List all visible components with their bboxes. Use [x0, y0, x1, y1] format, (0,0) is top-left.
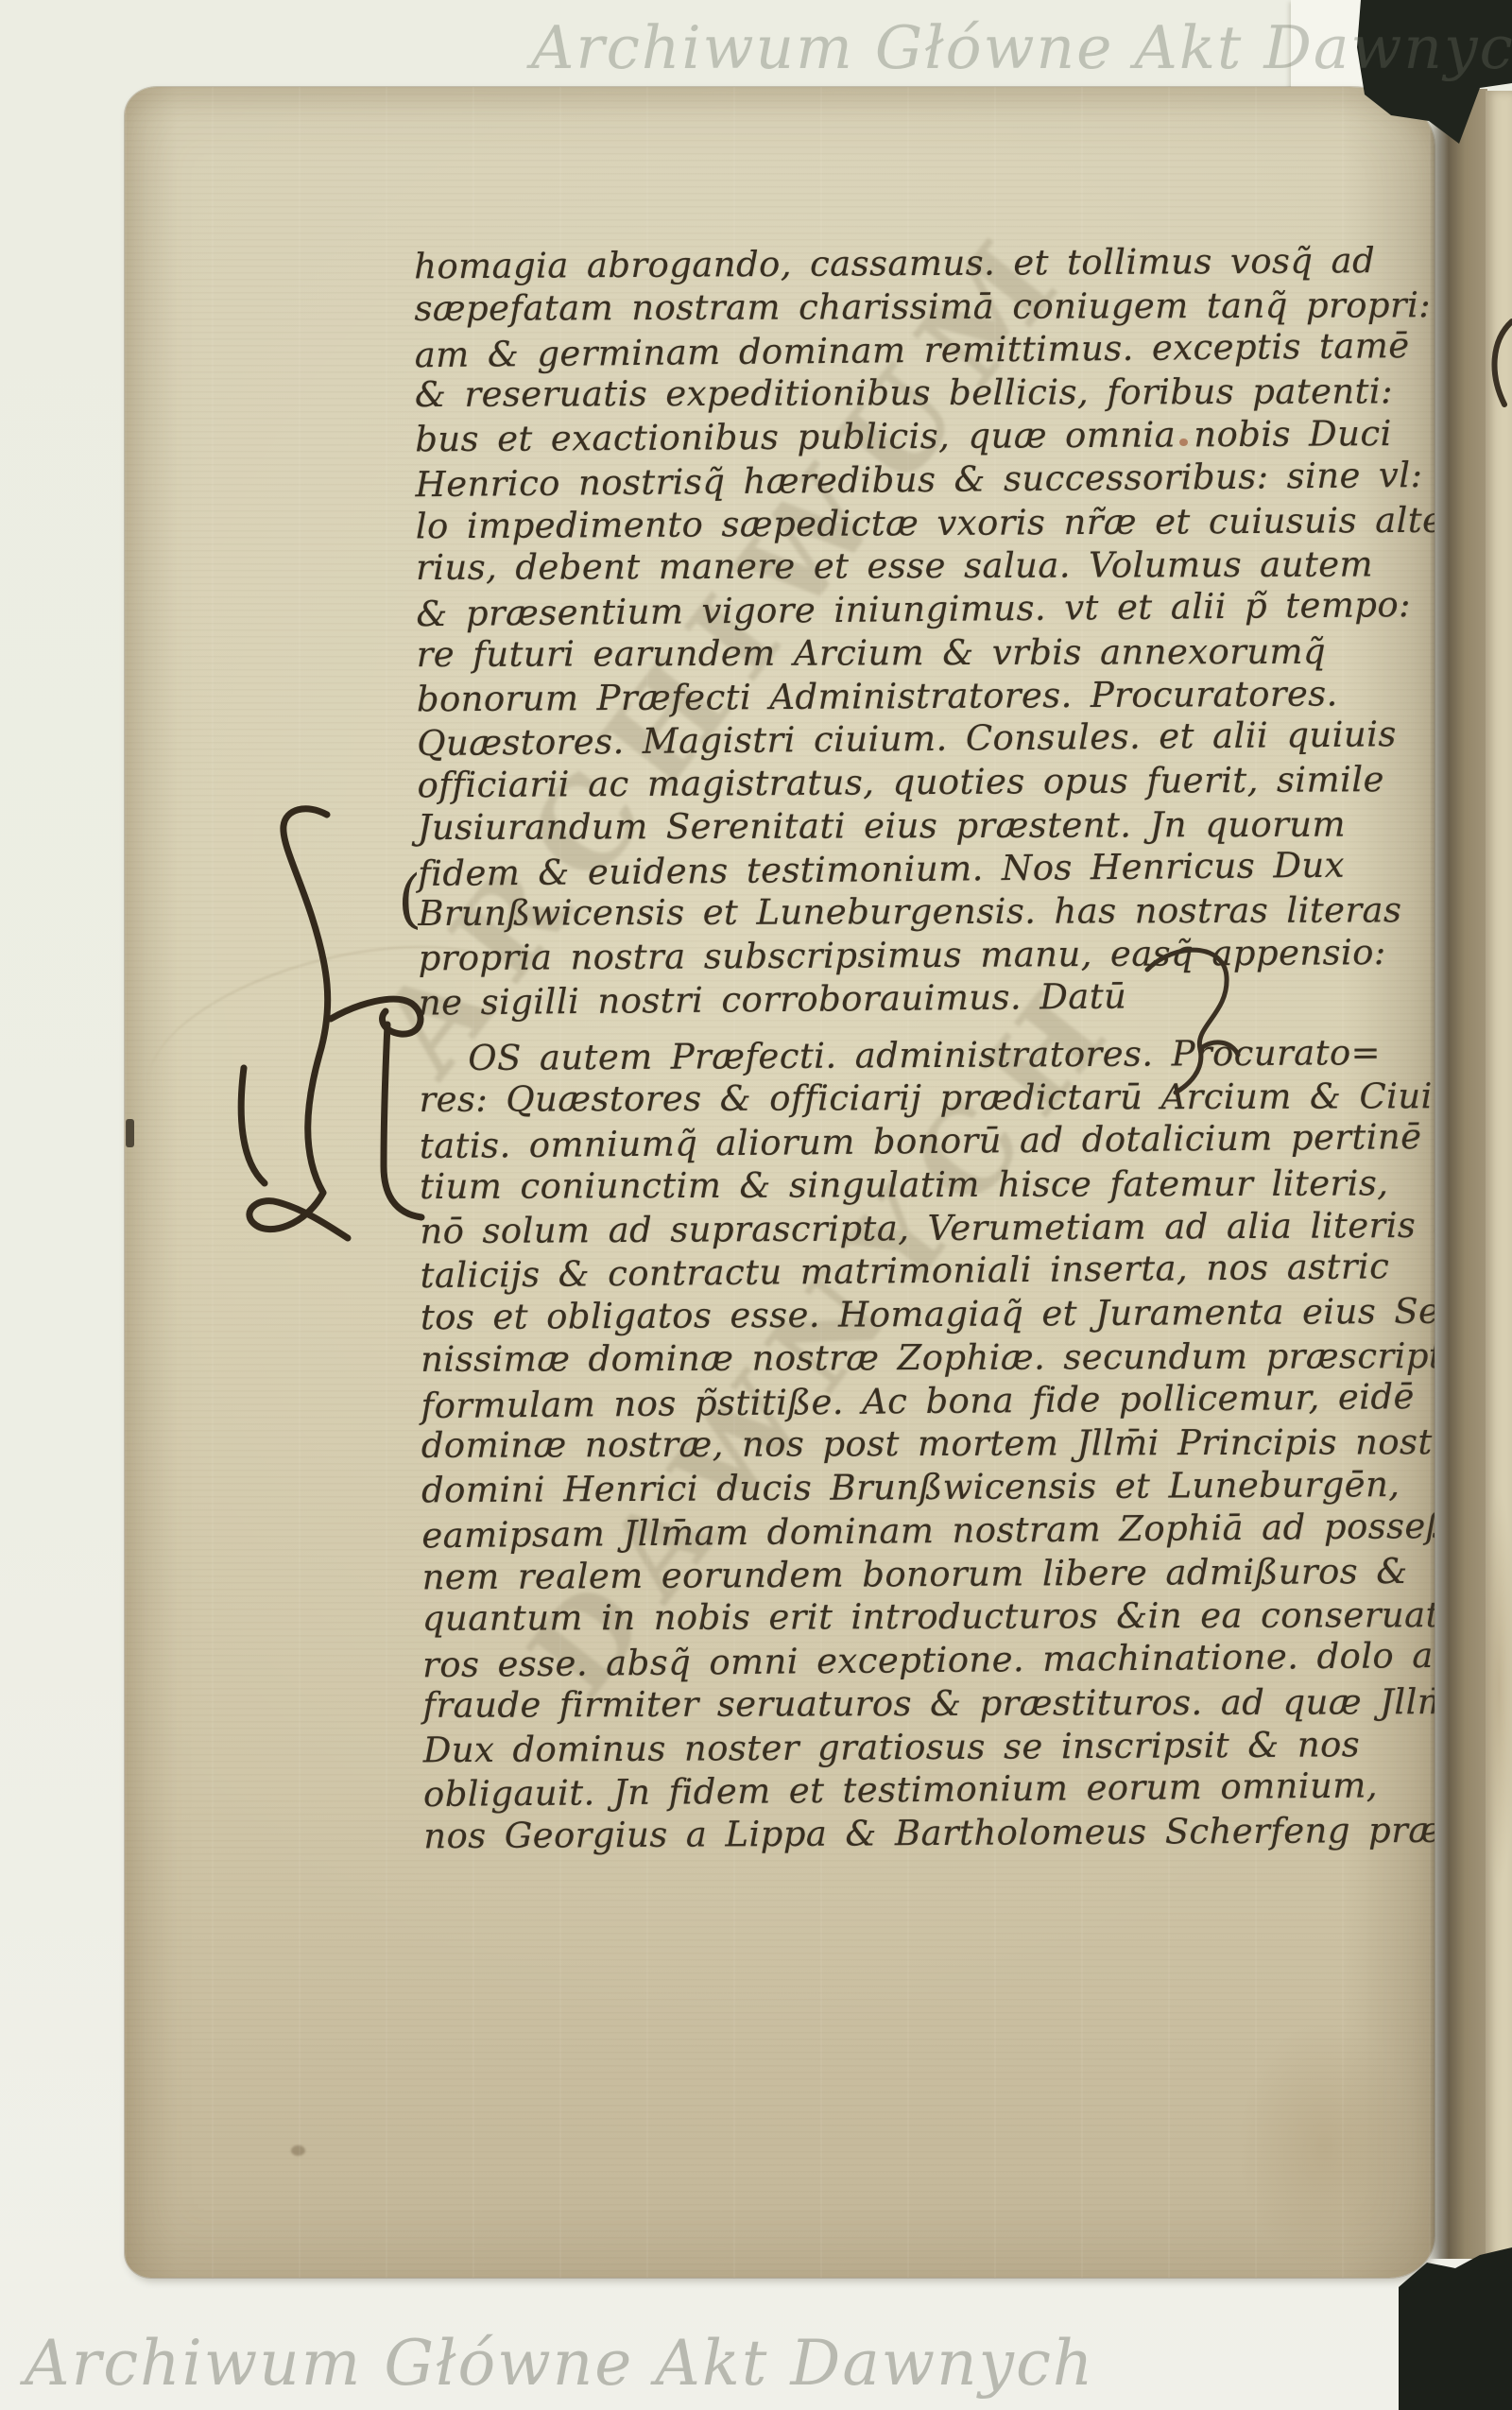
- next-page-edge: [1486, 91, 1512, 2259]
- manuscript-line: & reseruatis expeditionibus bellicis, fo…: [415, 370, 1393, 417]
- manuscript-line: quantum in nobis erit introducturos &in …: [422, 1593, 1435, 1641]
- archive-watermark-bottom: Archiwum Główne Akt Dawnych: [25, 2327, 1094, 2400]
- manuscript-line: tatis. omniumq̃ aliorum bonorū ad dotali…: [420, 1115, 1422, 1168]
- manuscript-line: talicijs & contractu matrimoniali insert…: [420, 1245, 1389, 1298]
- manuscript-line: nissimæ dominæ nostræ Zophiæ. secundum p…: [421, 1334, 1435, 1382]
- manuscript-line: obligauit. Jn fidem et testimonium eorum…: [423, 1764, 1378, 1816]
- manuscript-line: tos et obligatos esse. Homagiaq̃ et Jura…: [421, 1289, 1435, 1339]
- edge-ink-mark: [126, 1119, 134, 1147]
- manuscript-page: ARCHIWUM DAWNYCH (: [125, 87, 1435, 2278]
- manuscript-line: dominæ nostræ, nos post mortem Jllm̄i Pr…: [421, 1420, 1435, 1468]
- manuscript-line: domini Henrici ducis Brunßwicensis et Lu…: [421, 1463, 1400, 1512]
- ink-spot: [291, 2145, 305, 2156]
- manuscript-line: ros esse. absq̃ omni exceptione. machina…: [422, 1634, 1435, 1687]
- manuscript-line: formulam nos p̃stitiße. Ac bona fide pol…: [421, 1375, 1415, 1428]
- next-page-ink-flourish: [1480, 316, 1512, 414]
- manuscript-line: am & germinam dominam remittimus. except…: [415, 324, 1410, 377]
- manuscript-line: rius, debent manere et esse salua. Volum…: [416, 542, 1373, 590]
- manuscript-line: homagia abrogando, cassamus. et tollimus…: [414, 239, 1375, 288]
- manuscript-line: lo impedimento sæpedictæ vxoris nr̃æ et …: [416, 499, 1435, 549]
- book-gutter-shadow: [1429, 89, 1487, 2259]
- manuscript-line: fidem & euidens testimonium. Nos Henricu…: [418, 844, 1345, 896]
- water-stain: [1202, 1968, 1435, 2278]
- manuscript-line: sæpefatam nostram charissimā coniugem ta…: [414, 284, 1431, 331]
- manuscript-line: Henrico nostrisq̃ hæredibus & successori…: [415, 454, 1422, 507]
- next-page-stain: [1482, 1489, 1512, 1886]
- manuscript-line: bus et exactionibus publicis, quæ omnia …: [415, 412, 1392, 461]
- manuscript-line: Jusiurandum Serenitati eius præstent. Jn…: [418, 803, 1346, 850]
- manuscript-line: nos Georgius a Lippa & Bartholomeus Sche…: [423, 1809, 1435, 1859]
- manuscript-line: fraude firmiter seruaturos & præstituros…: [422, 1680, 1435, 1728]
- manuscript-line: ne sigilli nostri corroborauimus. Datū: [419, 974, 1127, 1024]
- manuscript-line: Brunßwicensis et Luneburgensis. has nost…: [418, 888, 1401, 936]
- manuscript-line: Quæstores. Magistri ciuium. Consules. et…: [417, 713, 1397, 766]
- manuscript-line: tium coniunctim & singulatim hisce fatem…: [420, 1162, 1388, 1209]
- scanned-manuscript-view: ARCHIWUM DAWNYCH (: [0, 0, 1512, 2410]
- manuscript-line: officiarii ac magistratus, quoties opus …: [417, 758, 1384, 807]
- manuscript-line: nem realem eorundem bonorum libere admiß…: [421, 1550, 1407, 1599]
- manuscript-line: re futuri earundem Arcium & vrbis annexo…: [417, 630, 1327, 677]
- datum-flourish: [1134, 936, 1257, 1110]
- manuscript-line: & præsentium vigore iniungimus. vt et al…: [416, 583, 1411, 636]
- manuscript-lines: homagia abrogando, cassamus. et tollimus…: [414, 239, 1435, 246]
- manuscript-line: res: Quæstores & officiarij prædictarū A…: [419, 1075, 1432, 1122]
